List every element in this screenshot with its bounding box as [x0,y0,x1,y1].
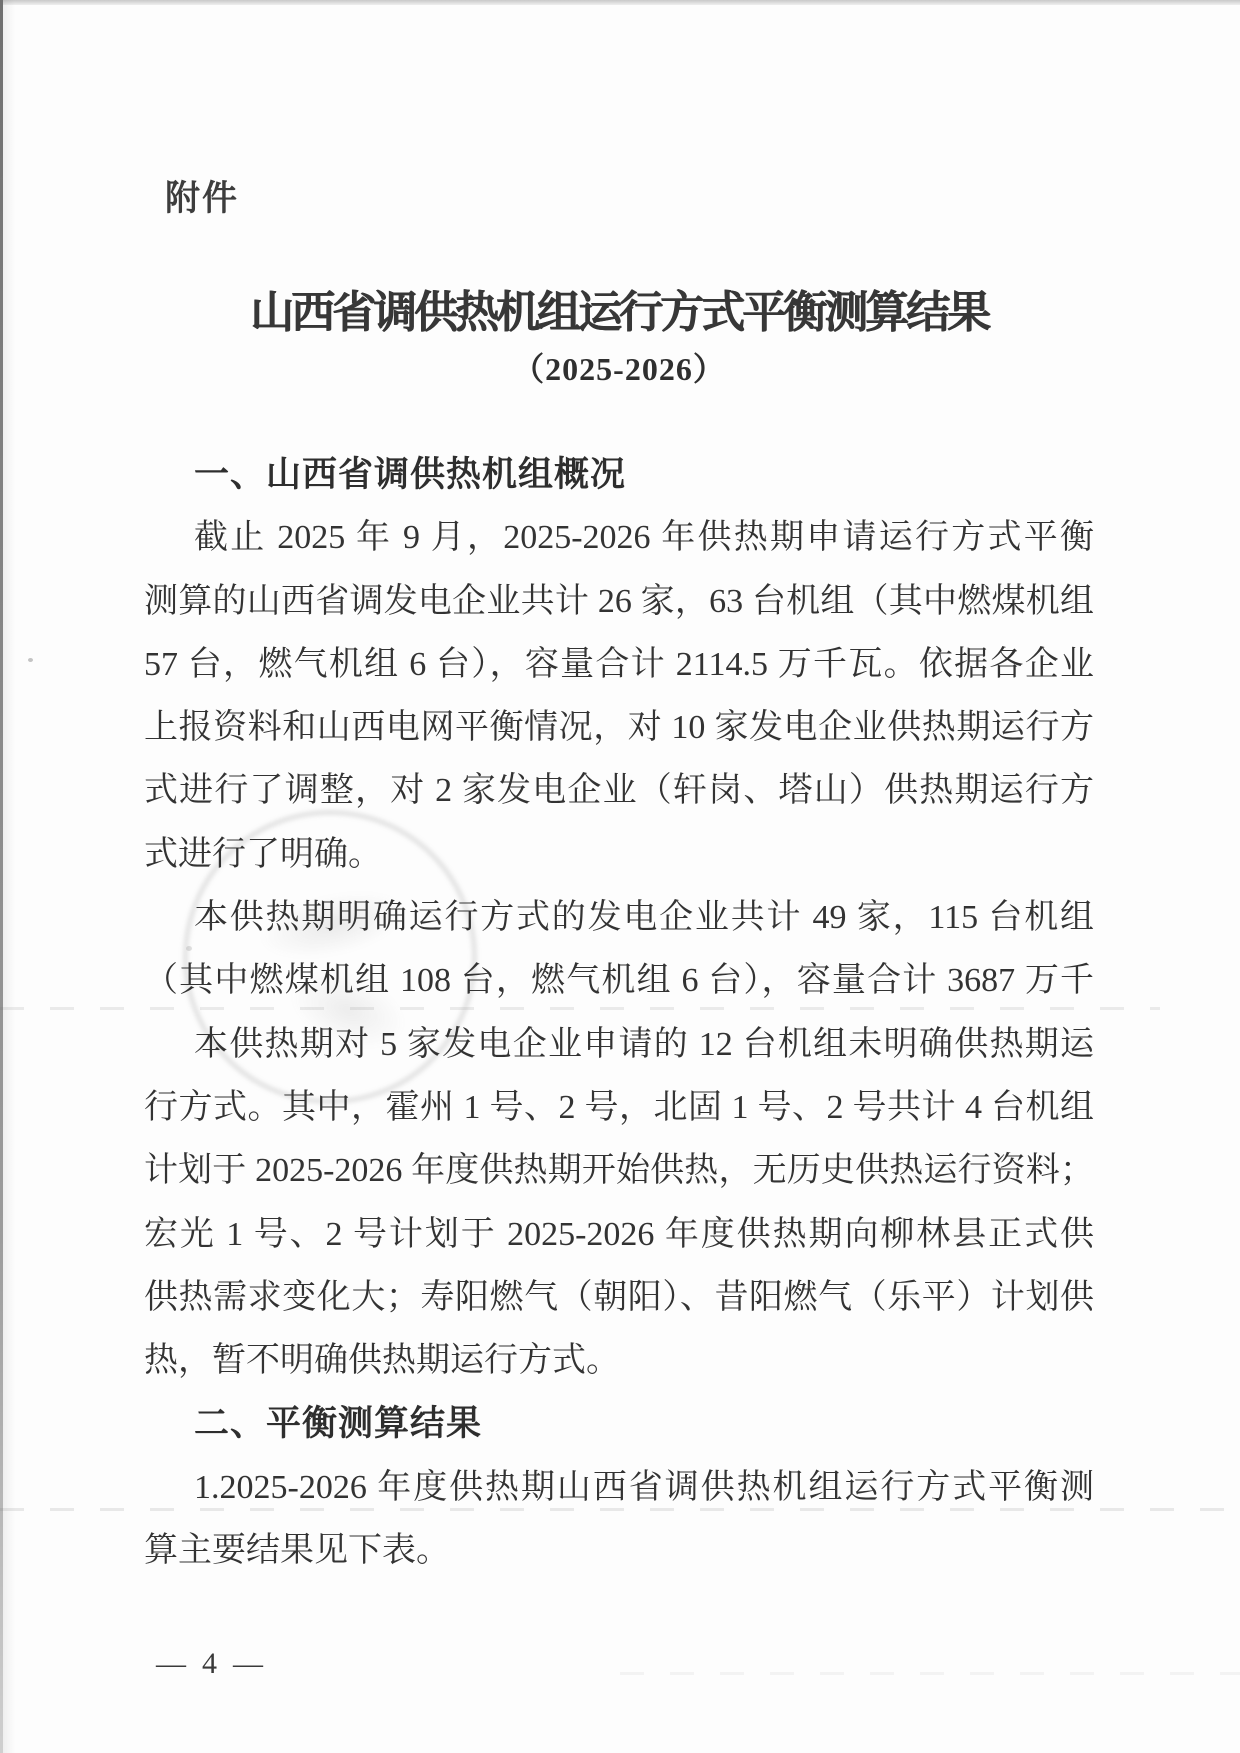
footer-dash-left: — [156,1647,186,1680]
section2-heading: 二、平衡测算结果 [144,1392,1094,1455]
paragraph4-line: 1.2025-2026 年度供热期山西省调供热机组运行方式平衡测 [144,1456,1094,1519]
paragraph1-line: 上报资料和山西电网平衡情况，对 10 家发电企业供热期运行方 [144,696,1094,759]
paragraph2-line: （其中燃煤机组 108 台，燃气机组 6 台），容量合计 3687 万千瓦。 [144,949,1094,1012]
section1-heading: 一、山西省调供热机组概况 [144,443,1094,506]
paragraph1-line: 式进行了明确。 [144,823,1094,886]
scan-noise-dot [28,658,33,662]
footer-dash-right: — [233,1647,263,1680]
page-footer: —4— [156,1646,263,1682]
paragraph3-line: 计划于 2025-2026 年度供热期开始供热，无历史供热运行资料； [144,1139,1094,1202]
document-title: 山西省调供热机组运行方式平衡测算结果 [144,287,1094,339]
document-page: 附件 山西省调供热机组运行方式平衡测算结果 （2025-2026） 一、山西省调… [0,0,1240,1753]
paragraph1-line: 截止 2025 年 9 月，2025-2026 年供热期申请运行方式平衡 [144,506,1094,569]
paragraph1-line: 测算的山西省调发电企业共计 26 家，63 台机组（其中燃煤机组 [144,570,1094,633]
scan-streak [620,1672,1240,1675]
paragraph3-line: 宏光 1 号、2 号计划于 2025-2026 年度供热期向柳林县正式供热， [144,1203,1094,1266]
paragraph1-line: 57 台，燃气机组 6 台），容量合计 2114.5 万千瓦。依据各企业 [144,633,1094,696]
document-body: 一、山西省调供热机组概况 截止 2025 年 9 月，2025-2026 年供热… [144,443,1094,1582]
paragraph4-line: 算主要结果见下表。 [144,1519,1094,1582]
attachment-label: 附件 [165,180,239,218]
paragraph1-line: 式进行了调整，对 2 家发电企业（轩岗、塔山）供热期运行方 [144,759,1094,822]
paragraph3-line: 行方式。其中，霍州 1 号、2 号，北固 1 号、2 号共计 4 台机组 [144,1076,1094,1139]
scan-left-shading [3,0,15,1753]
scan-top-edge-artifact [0,0,1240,5]
paragraph3-line: 供热需求变化大；寿阳燃气（朝阳）、昔阳燃气（乐平）计划供 [144,1266,1094,1329]
document-subtitle: （2025-2026） [144,350,1094,388]
paragraph2-line: 本供热期明确运行方式的发电企业共计 49 家，115 台机组 [144,886,1094,949]
page-number: 4 [202,1647,217,1680]
paragraph3-line: 本供热期对 5 家发电企业申请的 12 台机组未明确供热期运 [144,1013,1094,1076]
paragraph3-line: 热，暂不明确供热期运行方式。 [144,1329,1094,1392]
